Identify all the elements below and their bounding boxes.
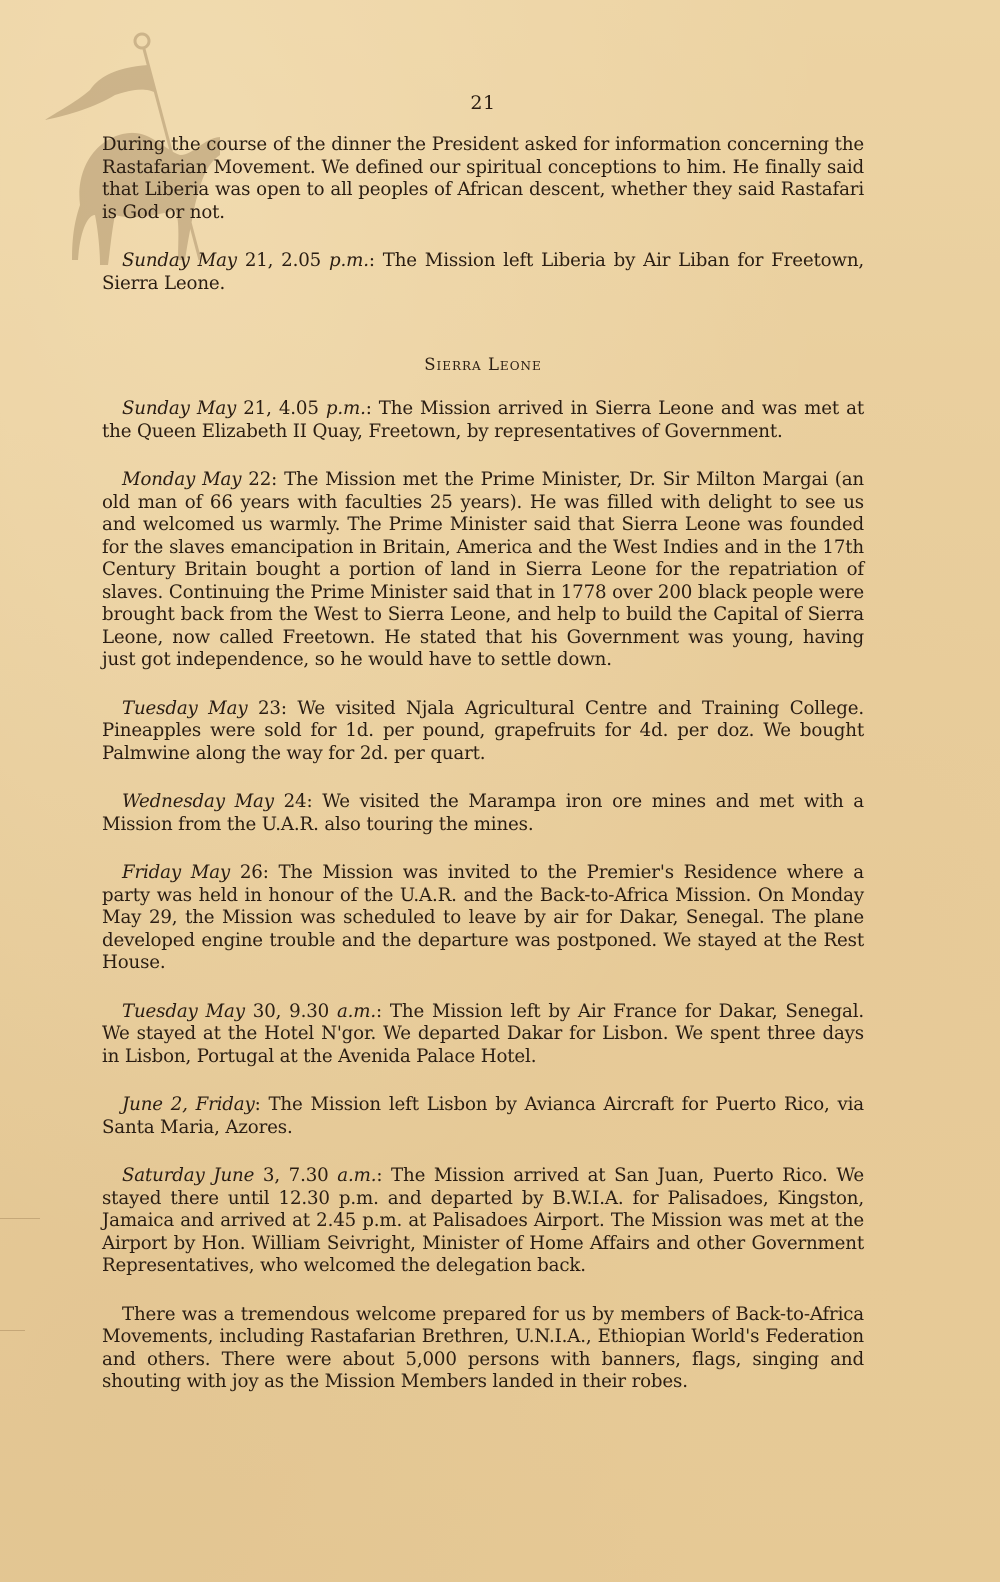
entry-paragraph: Sunday May 21, 2.05 p.m.: The Mission le… <box>102 250 864 295</box>
section-heading: Sierra Leone <box>102 355 864 374</box>
entry-paragraph: Saturday June 3, 7.30 a.m.: The Mission … <box>102 1165 864 1278</box>
closing-paragraph: There was a tremendous welcome prepared … <box>102 1304 864 1394</box>
intro-paragraph: During the course of the dinner the Pres… <box>102 134 864 224</box>
entry-date: Wednesday May <box>122 791 274 812</box>
entry-text: : The Mission met the Prime Minister, Dr… <box>102 469 864 670</box>
entry-paragraph: Wednesday May 24: We visited the Marampa… <box>102 791 864 836</box>
entry-date: Saturday June <box>122 1165 254 1186</box>
entry-day-time: 21, 4.05 <box>236 398 326 419</box>
entry-day-time: 3, 7.30 <box>254 1165 337 1186</box>
entry-date: Friday May <box>122 862 230 883</box>
entry-time-suffix: p.m. <box>329 250 369 271</box>
document-page: 21 During the course of the dinner the P… <box>102 92 864 1420</box>
entry-day-time: 30, 9.30 <box>245 1001 337 1022</box>
entry-day-time: 26 <box>230 862 263 883</box>
entry-paragraph: Tuesday May 23: We visited Njala Agricul… <box>102 698 864 766</box>
entry-paragraph: Tuesday May 30, 9.30 a.m.: The Mission l… <box>102 1001 864 1069</box>
entry-paragraph: Friday May 26: The Mission was invited t… <box>102 862 864 975</box>
entry-date: Tuesday May <box>122 698 247 719</box>
entry-date: Tuesday May <box>122 1001 245 1022</box>
paper-crease <box>0 1330 25 1331</box>
entry-day-time: 24 <box>274 791 307 812</box>
entry-day-time: 23 <box>247 698 280 719</box>
entry-date: Sunday May <box>122 398 236 419</box>
entry-date: Sunday May <box>122 250 237 271</box>
entry-paragraph: Monday May 22: The Mission met the Prime… <box>102 469 864 672</box>
entry-time-suffix: a.m. <box>337 1165 376 1186</box>
entry-time-suffix: p.m. <box>326 398 366 419</box>
entry-paragraph: June 2, Friday: The Mission left Lisbon … <box>102 1094 864 1139</box>
entry-date: Monday May <box>122 469 241 490</box>
entry-day-time: 21, 2.05 <box>237 250 329 271</box>
page-number: 21 <box>102 92 864 114</box>
entry-time-suffix: a.m. <box>337 1001 376 1022</box>
entry-paragraph: Sunday May 21, 4.05 p.m.: The Mission ar… <box>102 398 864 443</box>
entry-date: June 2, Friday <box>122 1094 255 1115</box>
entry-day-time: 22 <box>241 469 271 490</box>
paper-crease <box>0 1218 40 1219</box>
